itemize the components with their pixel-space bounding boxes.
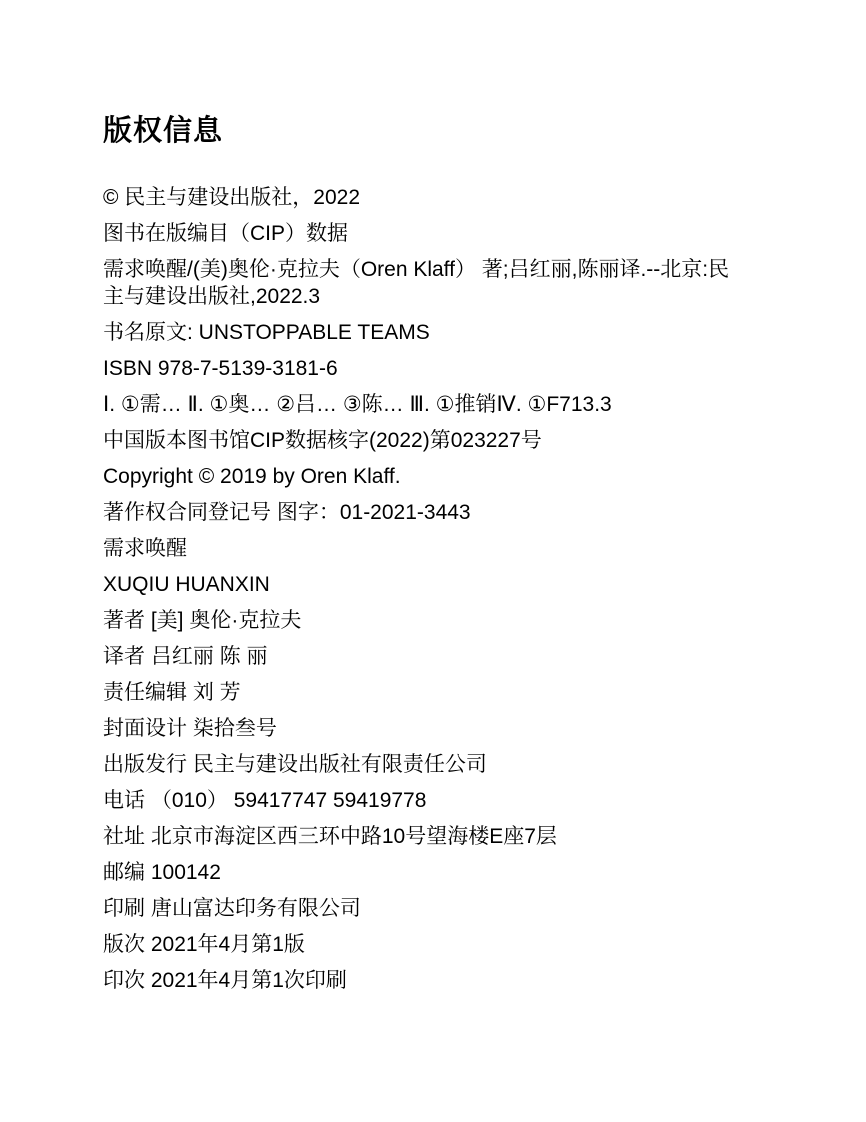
line-original-copyright: Copyright © 2019 by Oren Klaff. — [103, 463, 748, 490]
copyright-page: 版权信息 © 民主与建设出版社，2022 图书在版编目（CIP）数据 需求唤醒/… — [0, 0, 866, 1122]
line-edition: 版次 2021年4月第1版 — [103, 931, 748, 958]
line-original-title: 书名原文: UNSTOPPABLE TEAMS — [103, 319, 748, 346]
line-postal-code: 邮编 100142 — [103, 859, 748, 886]
line-cip-description: 需求唤醒/(美)奥伦·克拉夫（Oren Klaff） 著;吕红丽,陈丽译.--北… — [103, 256, 748, 310]
line-address: 社址 北京市海淀区西三环中路10号望海楼E座7层 — [103, 823, 748, 850]
line-book-title-pinyin: XUQIU HUANXIN — [103, 571, 748, 598]
line-author: 著者 [美] 奥伦·克拉夫 — [103, 607, 748, 634]
page-title: 版权信息 — [103, 112, 766, 150]
line-translators: 译者 吕红丽 陈 丽 — [103, 643, 748, 670]
line-cip-classification: Ⅰ. ①需… Ⅱ. ①奥… ②吕… ③陈… Ⅲ. ①推销Ⅳ. ①F713.3 — [103, 391, 748, 418]
line-phone: 电话 （010） 59417747 59419778 — [103, 787, 748, 814]
line-printing: 印次 2021年4月第1次印刷 — [103, 967, 748, 994]
line-registration-number: 著作权合同登记号 图字：01-2021-3443 — [103, 499, 748, 526]
line-isbn: ISBN 978-7-5139-3181-6 — [103, 355, 748, 382]
line-cover-design: 封面设计 柒拾叁号 — [103, 715, 748, 742]
line-printer: 印刷 唐山富达印务有限公司 — [103, 895, 748, 922]
line-book-title-cn: 需求唤醒 — [103, 535, 748, 562]
line-publisher: 出版发行 民主与建设出版社有限责任公司 — [103, 751, 748, 778]
line-copyright-notice: © 民主与建设出版社，2022 — [103, 184, 748, 211]
line-cip-data-header: 图书在版编目（CIP）数据 — [103, 220, 748, 247]
line-responsible-editor: 责任编辑 刘 芳 — [103, 679, 748, 706]
line-cip-record-number: 中国版本图书馆CIP数据核字(2022)第023227号 — [103, 427, 748, 454]
